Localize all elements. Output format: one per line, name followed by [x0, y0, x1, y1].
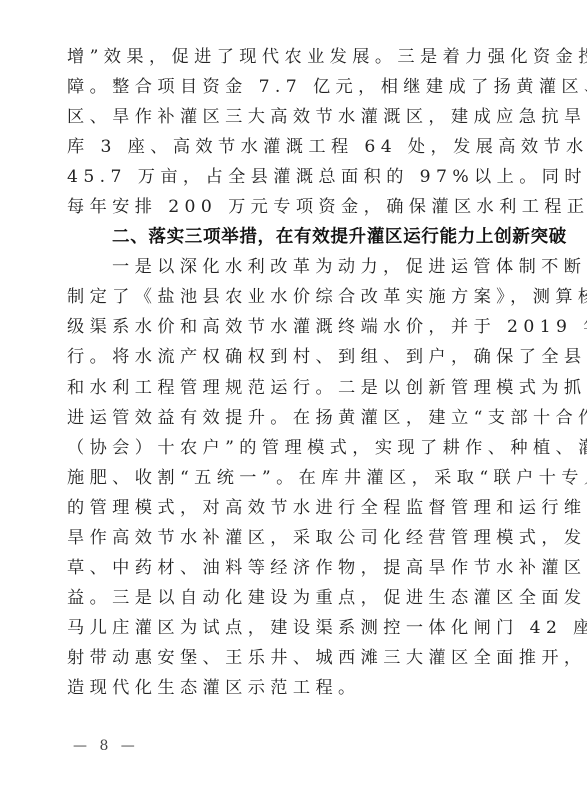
paragraph-line: 旱作高效节水补灌区，采取公司化经营管理模式，发展牧 — [67, 523, 523, 553]
paragraph-line: 行。将水流产权确权到村、到组、到户，确保了全县水资源 — [67, 342, 523, 372]
paragraph-line: 施肥、收割“五统一”。在库井灌区，采取“联户十专人” — [67, 463, 523, 493]
paragraph-line: 每年安排 200 万元专项资金，确保灌区水利工程正常运行。 — [67, 192, 523, 222]
document-page: 增”效果，促进了现代农业发展。三是着力强化资金投入保 障。整合项目资金 7.7 … — [0, 0, 587, 810]
paragraph-line: 的管理模式，对高效节水进行全程监督管理和运行维护。在 — [67, 493, 523, 523]
paragraph-line: 和水利工程管理规范运行。二是以创新管理模式为抓手，促 — [67, 373, 523, 403]
paragraph-line: 障。整合项目资金 7.7 亿元，相继建成了扬黄灌区、库井灌 — [67, 72, 523, 102]
paragraph-line: 增”效果，促进了现代农业发展。三是着力强化资金投入保 — [67, 42, 523, 72]
paragraph-line: 45.7 万亩，占全县灌溉总面积的 97%以上。同时，县财政 — [67, 162, 523, 192]
paragraph-line: （协会）十农户”的管理模式，实现了耕作、种植、灌水、 — [67, 433, 523, 463]
paragraph-line: 库 3 座、高效节水灌溉工程 64 处，发展高效节水灌溉面积 — [67, 132, 523, 162]
paragraph-line: 造现代化生态灌区示范工程。 — [67, 673, 523, 703]
paragraph-line: 制定了《盐池县农业水价综合改革实施方案》，测算核定末 — [67, 282, 523, 312]
paragraph-line: 马儿庄灌区为试点，建设渠系测控一体化闸门 42 座，并辐 — [67, 613, 523, 643]
paragraph-line: 射带动惠安堡、王乐井、城西滩三大灌区全面推开，聚力打 — [67, 643, 523, 673]
paragraph-line: 草、中药材、油料等经济作物，提高旱作节水补灌区经济效 — [67, 553, 523, 583]
document-body: 增”效果，促进了现代农业发展。三是着力强化资金投入保 障。整合项目资金 7.7 … — [67, 42, 523, 703]
page-number: — 8 — — [73, 738, 139, 754]
section-heading: 二、落实三项举措，在有效提升灌区运行能力上创新突破 — [67, 222, 523, 252]
paragraph-line: 一是以深化水利改革为动力，促进运管体制不断完善。 — [67, 252, 523, 282]
paragraph-line: 益。三是以自动化建设为重点，促进生态灌区全面发展。以 — [67, 583, 523, 613]
paragraph-line: 区、旱作补灌区三大高效节水灌溉区，建成应急抗旱调蓄水 — [67, 102, 523, 132]
paragraph-line: 级渠系水价和高效节水灌溉终端水价，并于 2019 年率先执 — [67, 312, 523, 342]
paragraph-line: 进运管效益有效提升。在扬黄灌区，建立“支部十合作社 — [67, 403, 523, 433]
